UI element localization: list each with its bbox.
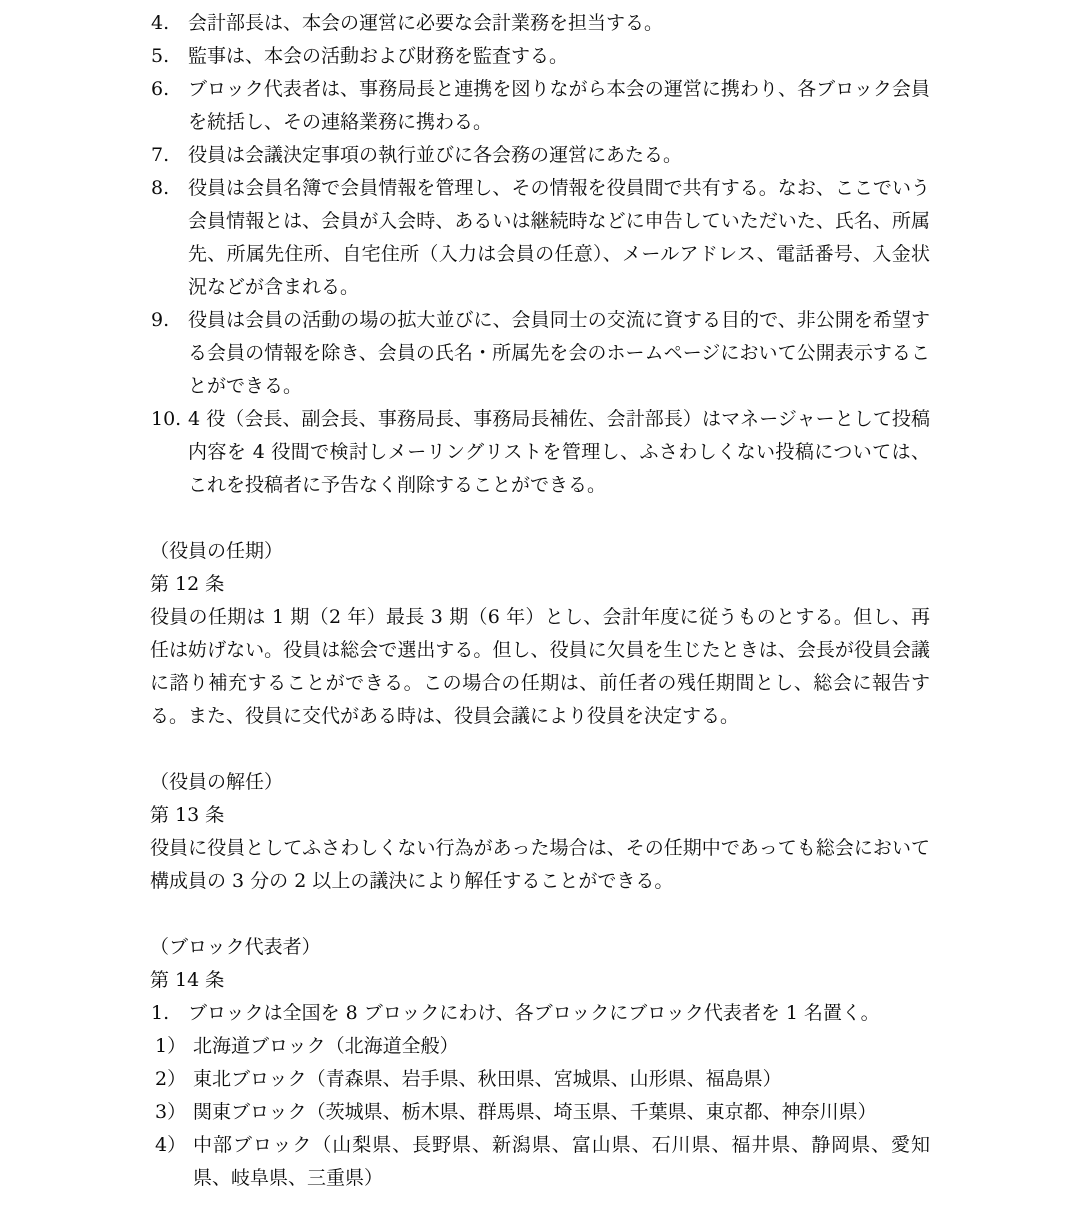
item-text: ブロックは全国を 8 ブロックにわけ、各ブロックにブロック代表者を 1 名置く。 [188,1002,880,1024]
block-list-item: 1）北海道ブロック（北海道全般） [150,1030,930,1063]
section-heading: （ブロック代表者） [150,931,930,964]
article-number: 第 13 条 [150,799,930,832]
article-number: 第 12 条 [150,568,930,601]
item-marker: 2） [155,1063,186,1096]
item-marker: 1. [151,997,169,1030]
document-page: 4.会計部長は、本会の運営に必要な会計業務を担当する。 5.監事は、本会の活動お… [0,0,1082,1208]
item-text: 東北ブロック（青森県、岩手県、秋田県、宮城県、山形県、福島県） [193,1068,782,1090]
section-body: 役員に役員としてふさわしくない行為があった場合は、その任期中であっても総会におい… [150,832,930,898]
item-marker: 7. [151,139,169,172]
block-list-item: 4）中部ブロック（山梨県、長野県、新潟県、富山県、石川県、福井県、静岡県、愛知県… [150,1129,930,1195]
item-marker: 5. [151,40,169,73]
item-text: 役員は会議決定事項の執行並びに各会務の運営にあたる。 [188,144,682,166]
numbered-item: 7.役員は会議決定事項の執行並びに各会務の運営にあたる。 [150,139,930,172]
item-text: 中部ブロック（山梨県、長野県、新潟県、富山県、石川県、福井県、静岡県、愛知県、岐… [193,1134,930,1189]
item-marker: 6. [151,73,169,106]
block-list-item: 2）東北ブロック（青森県、岩手県、秋田県、宮城県、山形県、福島県） [150,1063,930,1096]
item-text: 4 役（会長、副会長、事務局長、事務局長補佐、会計部長）はマネージャーとして投稿… [188,408,930,496]
numbered-item: 6.ブロック代表者は、事務局長と連携を図りながら本会の運営に携わり、各ブロック会… [150,73,930,139]
item-text: 北海道ブロック（北海道全般） [193,1035,459,1057]
item-text: ブロック代表者は、事務局長と連携を図りながら本会の運営に携わり、各ブロック会員を… [188,78,930,133]
item-text: 役員は会員の活動の場の拡大並びに、会員同士の交流に資する目的で、非公開を希望する… [188,309,930,397]
numbered-item: 9.役員は会員の活動の場の拡大並びに、会員同士の交流に資する目的で、非公開を希望… [150,304,930,403]
section-officer-term: （役員の任期） 第 12 条 役員の任期は 1 期（2 年）最長 3 期（6 年… [150,535,930,733]
numbered-item: 5.監事は、本会の活動および財務を監査する。 [150,40,930,73]
item-text: 関東ブロック（茨城県、栃木県、群馬県、埼玉県、千葉県、東京都、神奈川県） [193,1101,877,1123]
section-officer-dismissal: （役員の解任） 第 13 条 役員に役員としてふさわしくない行為があった場合は、… [150,766,930,898]
section-block-representative: （ブロック代表者） 第 14 条 [150,931,930,997]
section-heading: （役員の任期） [150,535,930,568]
numbered-item: 1.ブロックは全国を 8 ブロックにわけ、各ブロックにブロック代表者を 1 名置… [150,997,930,1030]
numbered-item: 4.会計部長は、本会の運営に必要な会計業務を担当する。 [150,7,930,40]
item-marker: 10. [151,403,181,436]
item-text: 会計部長は、本会の運営に必要な会計業務を担当する。 [188,12,663,34]
item-marker: 4. [151,7,169,40]
article-number: 第 14 条 [150,964,930,997]
numbered-item: 10.4 役（会長、副会長、事務局長、事務局長補佐、会計部長）はマネージャーとし… [150,403,930,502]
section-body: 役員の任期は 1 期（2 年）最長 3 期（6 年）とし、会計年度に従うものとす… [150,601,930,733]
numbered-item: 8.役員は会員名簿で会員情報を管理し、その情報を役員間で共有する。なお、ここでい… [150,172,930,304]
item-text: 監事は、本会の活動および財務を監査する。 [188,45,568,67]
item-marker: 3） [155,1096,186,1129]
block-list-item: 3）関東ブロック（茨城県、栃木県、群馬県、埼玉県、千葉県、東京都、神奈川県） [150,1096,930,1129]
section-heading: （役員の解任） [150,766,930,799]
item-marker: 9. [151,304,169,337]
item-text: 役員は会員名簿で会員情報を管理し、その情報を役員間で共有する。なお、ここでいう会… [188,177,930,298]
item-marker: 1） [155,1030,186,1063]
document-content: 4.会計部長は、本会の運営に必要な会計業務を担当する。 5.監事は、本会の活動お… [0,0,1082,1195]
item-marker: 8. [151,172,169,205]
item-marker: 4） [155,1129,186,1162]
